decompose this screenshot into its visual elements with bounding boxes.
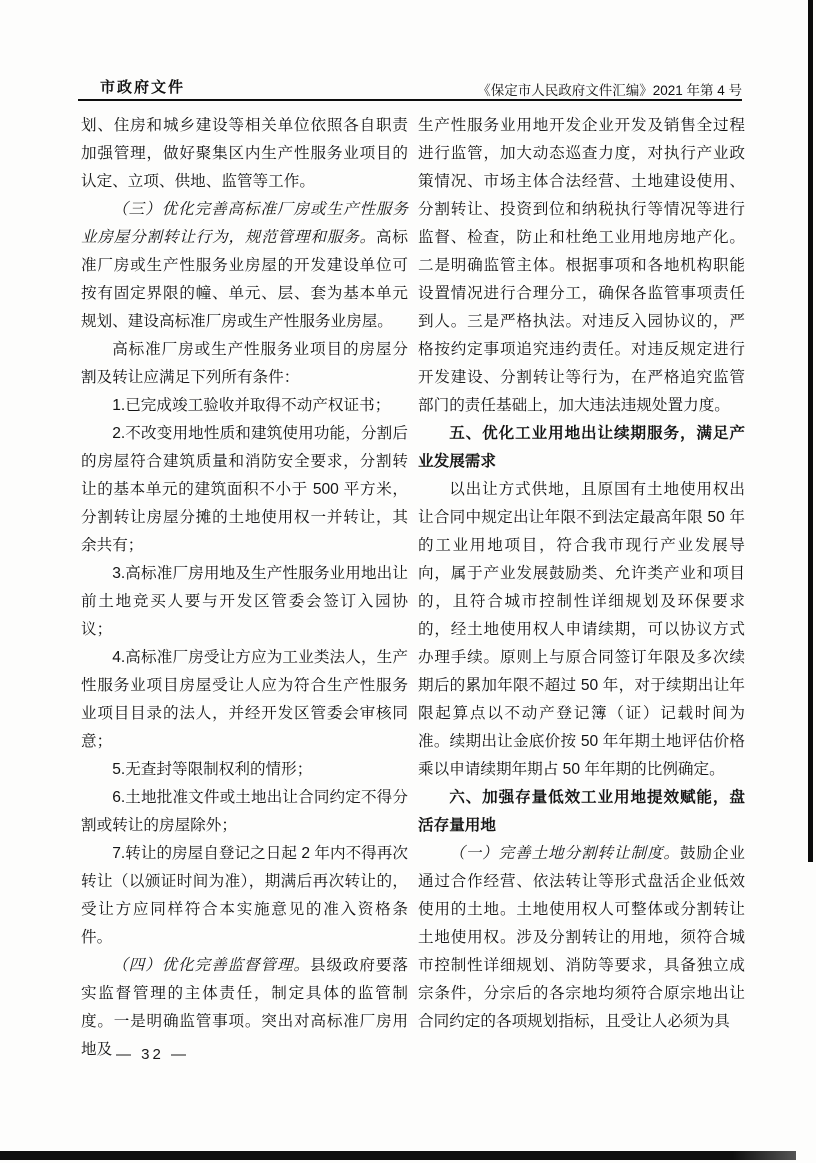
paragraph: 高标准厂房或生产性服务业项目的房屋分割及转让应满足下列所有条件： xyxy=(81,336,408,392)
document-page: 市政府文件 《保定市人民政府文件汇编》2021 年第 4 号 划、住房和城乡建设… xyxy=(0,0,816,1163)
page-number: — 32 — xyxy=(116,1046,189,1063)
section-heading-5: 五、优化工业用地出让续期服务，满足产业发展需求 xyxy=(418,420,745,476)
list-item-6: 6.土地批准文件或土地出让合同约定不得分割或转让的房屋除外； xyxy=(81,784,408,840)
text-column-right: 生产性服务业用地开发企业开发及销售全过程进行监管，加大动态巡查力度，对执行产业政… xyxy=(418,112,745,1036)
section-heading-6: 六、加强存量低效工业用地提效赋能，盘活存量用地 xyxy=(418,784,745,840)
header-rule xyxy=(78,99,742,101)
list-item-1: 1.已完成竣工验收并取得不动产权证书； xyxy=(81,392,408,420)
paragraph: 以出让方式供地，且原国有土地使用权出让合同中规定出让年限不到法定最高年限 50 … xyxy=(418,476,745,784)
header-document-category: 市政府文件 xyxy=(100,76,185,97)
paragraph: （三）优化完善高标准厂房或生产性服务业房屋分割转让行为，规范管理和服务。高标准厂… xyxy=(81,196,408,336)
scan-artifact-right-edge xyxy=(808,0,813,862)
list-item-4: 4.高标准厂房受让方应为工业类法人，生产性服务业项目房屋受让人应为符合生产性服务… xyxy=(81,644,408,756)
list-item-7: 7.转让的房屋自登记之日起 2 年内不得再次转让（以颁证时间为准），期满后再次转… xyxy=(81,840,408,952)
paragraph: 生产性服务业用地开发企业开发及销售全过程进行监管，加大动态巡查力度，对执行产业政… xyxy=(418,112,745,420)
list-item-3: 3.高标准厂房用地及生产性服务业用地出让前土地竞买人要与开发区管委会签订入园协议… xyxy=(81,560,408,644)
paragraph-text: 鼓励企业通过合作经营、依法转让等形式盘活企业低效使用的土地。土地使用权人可整体或… xyxy=(418,845,745,1030)
paragraph-lead-kaiti: （四）优化完善监督管理。 xyxy=(112,957,310,974)
list-item-5: 5.无查封等限制权利的情形； xyxy=(81,756,408,784)
list-item-2: 2.不改变用地性质和建筑使用功能，分割后的房屋符合建筑质量和消防安全要求，分割转… xyxy=(81,420,408,560)
paragraph-lead-kaiti: （一）完善土地分割转让制度。 xyxy=(449,845,680,862)
header-publication-title: 《保定市人民政府文件汇编》2021 年第 4 号 xyxy=(477,79,742,99)
paragraph: 划、住房和城乡建设等相关单位依照各自职责加强管理，做好聚集区内生产性服务业项目的… xyxy=(81,112,408,196)
text-column-left: 划、住房和城乡建设等相关单位依照各自职责加强管理，做好聚集区内生产性服务业项目的… xyxy=(81,112,408,1064)
paragraph-lead-kaiti: （三）优化完善高标准厂房或生产性服务业房屋分割转让行为，规范管理和服务。 xyxy=(81,201,408,246)
scan-artifact-bottom-edge xyxy=(0,1151,796,1160)
paragraph: （一）完善土地分割转让制度。鼓励企业通过合作经营、依法转让等形式盘活企业低效使用… xyxy=(418,840,745,1036)
